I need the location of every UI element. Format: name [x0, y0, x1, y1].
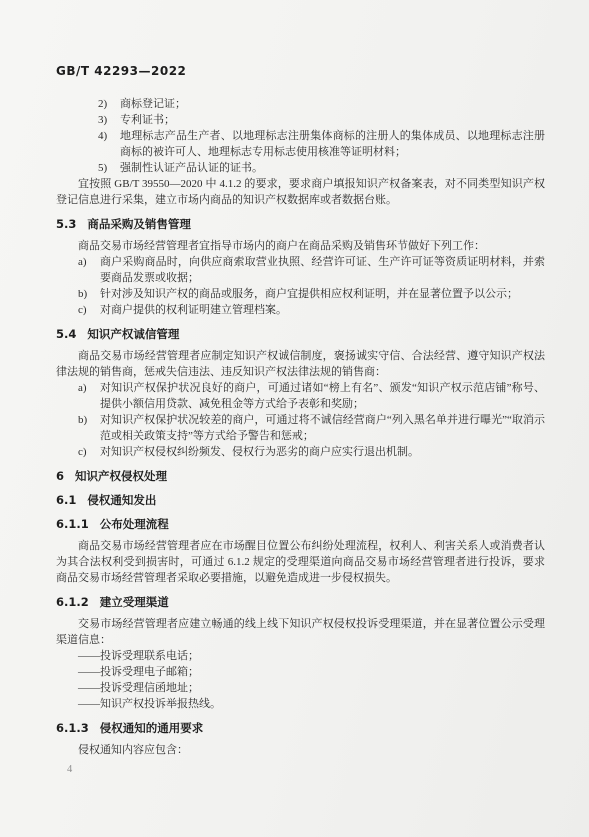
- channel-list: ——投诉受理联系电话； ——投诉受理电子邮箱； ——投诉受理信函地址； ——知识…: [78, 648, 545, 712]
- item-text: 专利证书；: [120, 112, 545, 128]
- section-heading-6-1-3: 6.1.3侵权通知的通用要求: [56, 720, 545, 736]
- item-label: a): [78, 380, 100, 396]
- item-text: 地理标志产品生产者、以地理标志注册集体商标的注册人的集体成员、以地理标志注册商标…: [120, 128, 545, 160]
- item-label: c): [78, 302, 100, 318]
- list-item: a) 商户采购商品时，向供应商索取营业执照、经营许可证、生产许可证等资质证明材料…: [78, 254, 545, 286]
- list-item: 3) 专利证书；: [98, 112, 545, 128]
- heading-title: 商品采购及销售管理: [87, 217, 191, 231]
- dash-list-item: ——知识产权投诉举报热线。: [78, 696, 545, 712]
- list-item: b) 对知识产权保护状况较差的商户，可通过将不诚信经营商户“列入黑名单并进行曝光…: [78, 412, 545, 444]
- section-heading-6: 6知识产权侵权处理: [56, 468, 545, 484]
- item-text: 针对涉及知识产权的商品或服务，商户宜提供相应权利证明，并在显著位置予以公示；: [100, 286, 545, 302]
- doc-number: GB/T 42293—2022: [56, 63, 545, 79]
- list-item: c) 对商户提供的权利证明建立管理档案。: [78, 302, 545, 318]
- page-number: 4: [67, 762, 545, 778]
- item-text: 强制性认证产品认证的证书。: [120, 160, 545, 176]
- item-text: 商户采购商品时，向供应商索取营业执照、经营许可证、生产许可证等资质证明材料，并索…: [100, 254, 545, 286]
- heading-number: 6.1.1: [56, 517, 89, 531]
- dash-marker: ——: [78, 666, 100, 678]
- dash-list-item: ——投诉受理信函地址；: [78, 680, 545, 696]
- item-text: 对知识产权保护状况良好的商户，可通过诸如“榜上有名”、颁发“知识产权示范店铺”称…: [100, 380, 545, 412]
- document-page: GB/T 42293—2022 2) 商标登记证； 3) 专利证书； 4) 地理…: [0, 0, 589, 837]
- item-label: b): [78, 412, 100, 428]
- paragraph-filing-requirement: 宜按照 GB/T 39550—2020 中 4.1.2 的要求，要求商户填报知识…: [56, 176, 545, 208]
- heading-title: 侵权通知的通用要求: [100, 721, 204, 735]
- list-item: 5) 强制性认证产品认证的证书。: [98, 160, 545, 176]
- heading-number: 5.3: [56, 217, 76, 231]
- list-5-4: a) 对知识产权保护状况良好的商户，可通过诸如“榜上有名”、颁发“知识产权示范店…: [56, 380, 545, 460]
- item-label: 5): [98, 160, 120, 176]
- dash-list-item: ——投诉受理联系电话；: [78, 648, 545, 664]
- item-text: 商标登记证；: [120, 96, 545, 112]
- heading-title: 知识产权诚信管理: [87, 327, 179, 341]
- list-5-3: a) 商户采购商品时，向供应商索取营业执照、经营许可证、生产许可证等资质证明材料…: [56, 254, 545, 318]
- item-text: 投诉受理信函地址；: [100, 682, 199, 694]
- paragraph-5-3-intro: 商品交易市场经营管理者宜指导市场内的商户在商品采购及销售环节做好下列工作：: [56, 238, 545, 254]
- item-label: 3): [98, 112, 120, 128]
- dash-marker: ——: [78, 682, 100, 694]
- heading-number: 6: [56, 469, 64, 483]
- dash-list-item: ——投诉受理电子邮箱；: [78, 664, 545, 680]
- section-heading-5-4: 5.4知识产权诚信管理: [56, 326, 545, 342]
- section-heading-5-3: 5.3商品采购及销售管理: [56, 216, 545, 232]
- dash-marker: ——: [78, 650, 100, 662]
- heading-title: 公布处理流程: [100, 517, 169, 531]
- paragraph-6-1-1: 商品交易市场经营管理者应在市场醒目位置公布纠纷处理流程，权利人、利害关系人或消费…: [56, 538, 545, 586]
- paragraph-6-1-3: 侵权通知内容应包含：: [56, 742, 545, 758]
- item-text: 对商户提供的权利证明建立管理档案。: [100, 302, 545, 318]
- item-label: b): [78, 286, 100, 302]
- item-text: 投诉受理电子邮箱；: [100, 666, 199, 678]
- heading-number: 6.1: [56, 493, 76, 507]
- heading-title: 侵权通知发出: [87, 493, 156, 507]
- list-item: 4) 地理标志产品生产者、以地理标志注册集体商标的注册人的集体成员、以地理标志注…: [98, 128, 545, 160]
- item-text: 对知识产权侵权纠纷频发、侵权行为恶劣的商户应实行退出机制。: [100, 444, 545, 460]
- item-label: a): [78, 254, 100, 270]
- section-heading-6-1: 6.1侵权通知发出: [56, 492, 545, 508]
- item-text: 对知识产权保护状况较差的商户，可通过将不诚信经营商户“列入黑名单并进行曝光”“取…: [100, 412, 545, 444]
- certificate-list: 2) 商标登记证； 3) 专利证书； 4) 地理标志产品生产者、以地理标志注册集…: [56, 96, 545, 176]
- heading-title: 知识产权侵权处理: [75, 469, 167, 483]
- heading-number: 5.4: [56, 327, 76, 341]
- item-text: 知识产权投诉举报热线。: [100, 698, 221, 710]
- list-item: b) 针对涉及知识产权的商品或服务，商户宜提供相应权利证明，并在显著位置予以公示…: [78, 286, 545, 302]
- heading-title: 建立受理渠道: [100, 595, 169, 609]
- section-heading-6-1-1: 6.1.1公布处理流程: [56, 516, 545, 532]
- dash-marker: ——: [78, 698, 100, 710]
- item-label: c): [78, 444, 100, 460]
- item-label: 2): [98, 96, 120, 112]
- list-item: c) 对知识产权侵权纠纷频发、侵权行为恶劣的商户应实行退出机制。: [78, 444, 545, 460]
- list-item: a) 对知识产权保护状况良好的商户，可通过诸如“榜上有名”、颁发“知识产权示范店…: [78, 380, 545, 412]
- paragraph-5-4-intro: 商品交易市场经营管理者应制定知识产权诚信制度，褒扬诚实守信、合法经营、遵守知识产…: [56, 348, 545, 380]
- heading-number: 6.1.3: [56, 721, 89, 735]
- heading-number: 6.1.2: [56, 595, 89, 609]
- section-heading-6-1-2: 6.1.2建立受理渠道: [56, 594, 545, 610]
- list-item: 2) 商标登记证；: [98, 96, 545, 112]
- item-text: 投诉受理联系电话；: [100, 650, 199, 662]
- item-label: 4): [98, 128, 120, 144]
- paragraph-6-1-2: 交易市场经营管理者应建立畅通的线上线下知识产权侵权投诉受理渠道，并在显著位置公示…: [56, 616, 545, 648]
